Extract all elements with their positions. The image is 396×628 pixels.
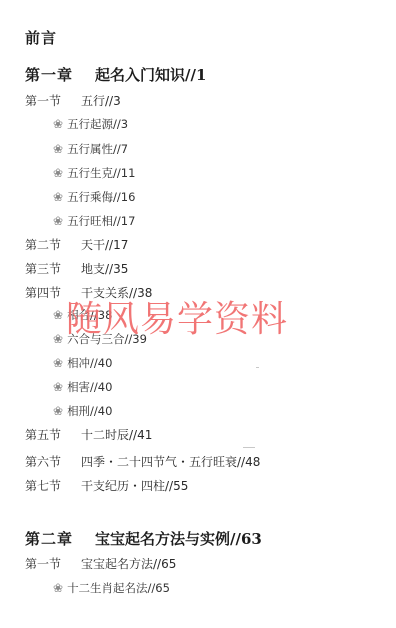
section-entry: 第三节地支//35 bbox=[25, 260, 128, 277]
subsection-entry: ❀五行乘侮//16 bbox=[53, 189, 135, 205]
chapter-1-heading: 第一章起名入门知识//1 bbox=[25, 64, 206, 85]
subsection-title: 五行旺相//17 bbox=[67, 214, 135, 228]
subsection-entry: ❀五行属性//7 bbox=[53, 141, 128, 157]
chapter-2-heading: 第二章宝宝起名方法与实例//63 bbox=[25, 528, 262, 549]
subsection-entry: ❀五行生克//11 bbox=[53, 165, 135, 181]
subsection-title: 相害//40 bbox=[67, 380, 112, 394]
section-entry: 第五节十二时辰//41 bbox=[25, 426, 152, 443]
section-number: 第一节 bbox=[25, 555, 81, 572]
section-number: 第一节 bbox=[25, 92, 81, 109]
section-number: 第六节 bbox=[25, 453, 81, 470]
preface-heading: 前言 bbox=[25, 27, 57, 48]
chapter-number: 第二章 bbox=[25, 528, 95, 549]
section-title: 十二时辰//41 bbox=[81, 428, 152, 442]
flower-bullet-icon: ❀ bbox=[53, 332, 63, 346]
section-entry: 第七节干支纪历・四柱//55 bbox=[25, 477, 188, 494]
flower-bullet-icon: ❀ bbox=[53, 190, 63, 204]
subsection-entry: ❀十二生肖起名法//65 bbox=[53, 580, 170, 596]
section-title: 干支纪历・四柱//55 bbox=[81, 479, 188, 493]
flower-bullet-icon: ❀ bbox=[53, 380, 63, 394]
flower-bullet-icon: ❀ bbox=[53, 581, 63, 595]
section-entry: 第二节天干//17 bbox=[25, 236, 128, 253]
subsection-title: 十二生肖起名法//65 bbox=[67, 581, 170, 595]
chapter-title: 宝宝起名方法与实例//63 bbox=[95, 530, 262, 548]
chapter-number: 第一章 bbox=[25, 64, 95, 85]
subsection-title: 五行生克//11 bbox=[67, 166, 135, 180]
section-number: 第五节 bbox=[25, 426, 81, 443]
watermark: 随风易学资料 bbox=[66, 291, 288, 342]
subsection-entry: ❀五行旺相//17 bbox=[53, 213, 135, 229]
subsection-title: 相冲//40 bbox=[67, 356, 112, 370]
section-title: 天干//17 bbox=[81, 238, 128, 252]
scan-speck bbox=[256, 367, 259, 368]
section-entry: 第一节五行//3 bbox=[25, 92, 121, 109]
chapter-title: 起名入门知识//1 bbox=[95, 66, 206, 84]
flower-bullet-icon: ❀ bbox=[53, 166, 63, 180]
flower-bullet-icon: ❀ bbox=[53, 308, 63, 322]
section-number: 第七节 bbox=[25, 477, 81, 494]
section-entry: 第一节宝宝起名方法//65 bbox=[25, 555, 176, 572]
subsection-title: 相刑//40 bbox=[67, 404, 112, 418]
flower-bullet-icon: ❀ bbox=[53, 356, 63, 370]
flower-bullet-icon: ❀ bbox=[53, 214, 63, 228]
subsection-entry: ❀相冲//40 bbox=[53, 355, 112, 371]
subsection-title: 五行乘侮//16 bbox=[67, 190, 135, 204]
scan-speck bbox=[243, 447, 255, 448]
flower-bullet-icon: ❀ bbox=[53, 117, 63, 131]
section-title: 五行//3 bbox=[81, 94, 121, 108]
subsection-title: 五行属性//7 bbox=[67, 142, 128, 156]
toc-page: 前言 第一章起名入门知识//1 第一节五行//3 ❀五行起源//3 ❀五行属性/… bbox=[0, 0, 396, 628]
section-entry: 第六节四季・二十四节气・五行旺衰//48 bbox=[25, 453, 260, 470]
section-number: 第三节 bbox=[25, 260, 81, 277]
subsection-entry: ❀相刑//40 bbox=[53, 403, 112, 419]
subsection-title: 五行起源//3 bbox=[67, 117, 128, 131]
section-title: 四季・二十四节气・五行旺衰//48 bbox=[81, 455, 260, 469]
subsection-entry: ❀五行起源//3 bbox=[53, 116, 128, 132]
section-number: 第二节 bbox=[25, 236, 81, 253]
section-title: 宝宝起名方法//65 bbox=[81, 557, 176, 571]
subsection-entry: ❀相害//40 bbox=[53, 379, 112, 395]
flower-bullet-icon: ❀ bbox=[53, 142, 63, 156]
section-title: 地支//35 bbox=[81, 262, 128, 276]
flower-bullet-icon: ❀ bbox=[53, 404, 63, 418]
